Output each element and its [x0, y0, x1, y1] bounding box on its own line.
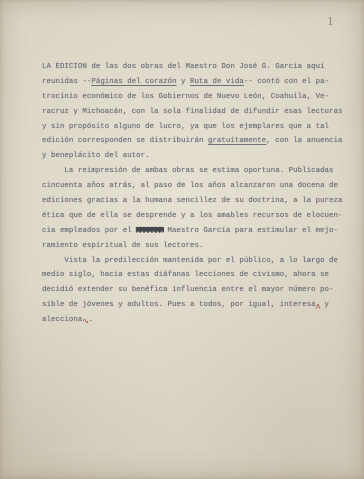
typed-text: ediciones gracias a la humana sencillez …: [42, 197, 343, 205]
typed-text-block: LA EDICION de las dos obras del Maestro …: [42, 60, 352, 328]
typed-line: LA EDICION de las dos obras del Maestro …: [42, 60, 352, 75]
typed-text: edición corresponden se distribuirán: [42, 137, 208, 145]
typed-text: ramiento espiritual de sus lectores.: [42, 242, 203, 250]
typed-text: y sin propósito alguno de lucro, ya que …: [42, 123, 329, 131]
typed-text: reunidas --: [42, 78, 91, 86]
typed-line: medio siglo, hacia estas diáfanas leccio…: [42, 268, 352, 283]
typed-text: medio siglo, hacia estas diáfanas leccio…: [42, 271, 329, 279]
typed-line: ramiento espiritual de sus lectores.: [42, 239, 352, 254]
typed-line: y beneplácito del autor.: [42, 149, 352, 164]
typewritten-page: 1 LA EDICION de las dos obras del Maestr…: [0, 0, 364, 479]
typed-line: sible de jóvenes y adultos. Pues a todos…: [42, 298, 352, 313]
typed-line: cincuenta años atrás, al paso de los año…: [42, 179, 352, 194]
typed-text: cia empleados por el: [42, 227, 136, 235]
typed-text: decidió extender su benéfica influencia …: [42, 286, 334, 294]
typed-text: y beneplácito del autor.: [42, 152, 150, 160]
typed-text: racruz y Michoacán, con la sola finalida…: [42, 108, 343, 116]
typed-line: alecciona∿.: [42, 313, 352, 328]
typed-line: Vista la predilección mantenida por el p…: [42, 254, 352, 269]
typed-line: ediciones gracias a la humana sencillez …: [42, 194, 352, 209]
typed-text: LA EDICION de las dos obras del Maestro …: [42, 63, 325, 71]
typed-line: trocinio económico de los Gobiernos de N…: [42, 90, 352, 105]
typed-text: Maestro García para estimular el mejo-: [163, 227, 338, 235]
typed-line: racruz y Michoacán, con la sola finalida…: [42, 105, 352, 120]
typed-text: cincuenta años atrás, al paso de los año…: [42, 182, 338, 190]
typed-line: y sin propósito alguno de lucro, ya que …: [42, 120, 352, 135]
typed-text: alecciona: [42, 316, 82, 324]
page-number: 1: [327, 15, 334, 28]
typed-text: -- contó con el pa-: [244, 78, 329, 86]
typed-text: y: [177, 78, 190, 86]
underlined-title: Ruta de vida: [190, 78, 244, 86]
typed-line: decidió extender su benéfica influencia …: [42, 283, 352, 298]
typed-line: reunidas --Páginas del corazón y Ruta de…: [42, 75, 352, 90]
typed-line: La reimpresión de ambas obras se estima …: [42, 164, 352, 179]
typed-text: y: [320, 301, 329, 309]
underlined-title: Páginas del corazón: [91, 78, 176, 86]
typed-line: ética que de ella se desprende y a los a…: [42, 209, 352, 224]
struck-out-word: MMMMMMM: [136, 227, 163, 235]
typed-text: .: [89, 316, 94, 324]
typed-text: Vista la predilección mantenida por el p…: [42, 257, 338, 265]
typed-text: trocinio económico de los Gobiernos de N…: [42, 93, 329, 101]
typed-text: , con la anuencia: [266, 137, 342, 145]
typed-line: edición corresponden se distribuirán gra…: [42, 134, 352, 149]
typed-text: La reimpresión de ambas obras se estima …: [42, 167, 334, 175]
typed-text: sible de jóvenes y adultos. Pues a todos…: [42, 301, 316, 309]
typed-text: ética que de ella se desprende y a los a…: [42, 212, 343, 220]
typed-line: cia empleados por el MMMMMMM Maestro Gar…: [42, 224, 352, 239]
underlined-title: gratuitamente: [208, 137, 266, 145]
